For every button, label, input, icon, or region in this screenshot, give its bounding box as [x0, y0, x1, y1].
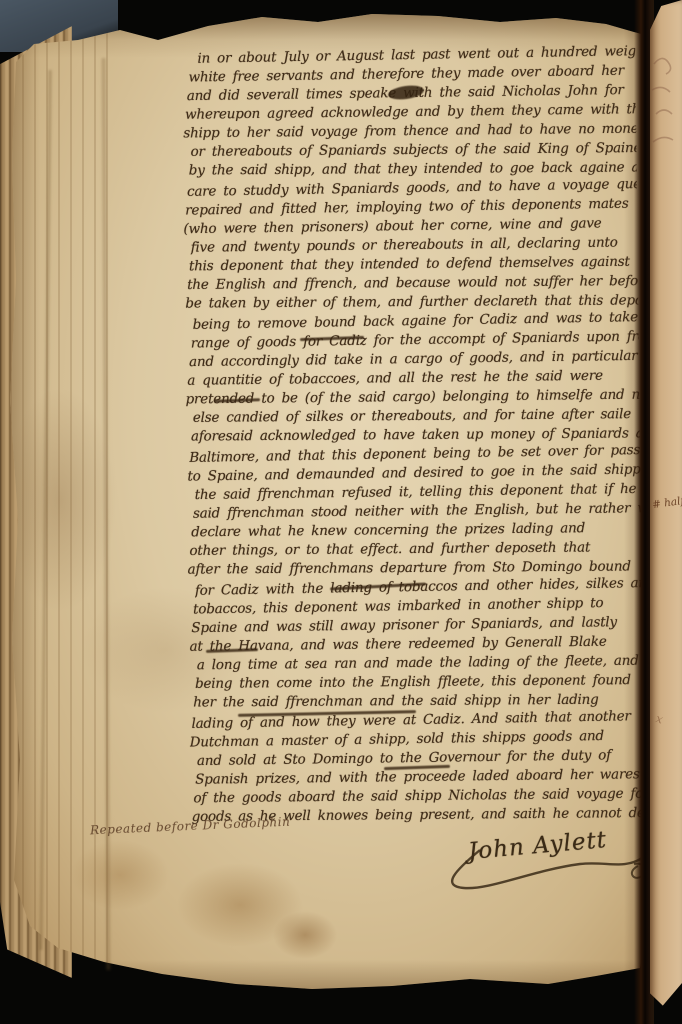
pen-mark: x	[654, 711, 664, 726]
margin-note: # half	[651, 495, 682, 511]
show-through-marks	[650, 50, 682, 170]
facing-page: # half x	[650, 0, 682, 1024]
manuscript-photo: in or about July or August last past wen…	[0, 0, 682, 1024]
